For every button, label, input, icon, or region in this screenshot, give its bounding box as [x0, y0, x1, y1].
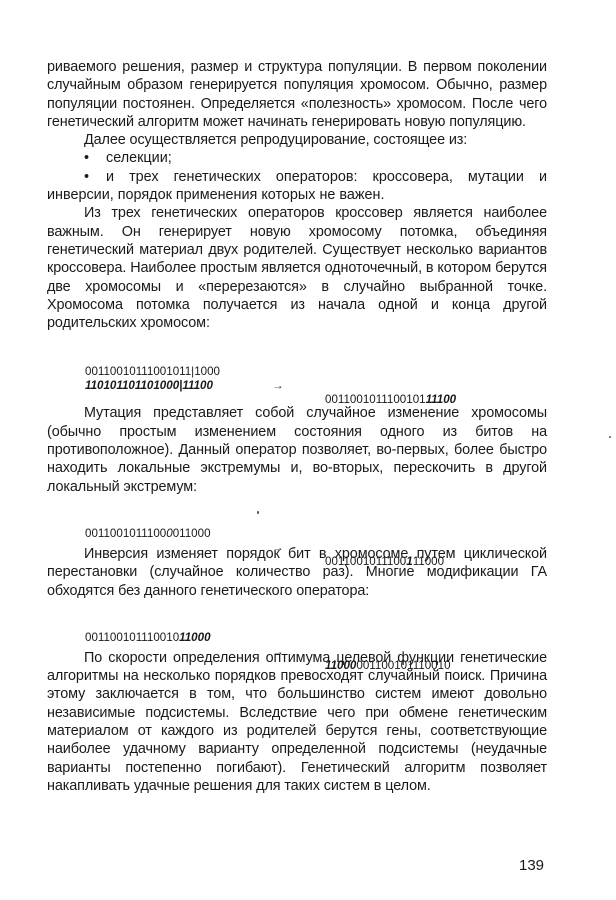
- list-item-operators: •и трех генетических операторов: кроссов…: [47, 168, 547, 205]
- arrow-icon: →: [272, 541, 284, 555]
- arrow-icon: →: [272, 645, 284, 659]
- arrow-icon: →: [272, 379, 284, 393]
- parent-chromosome-2: 110101101101000|11100: [85, 379, 213, 393]
- paragraph-conclusion: По скорости определения оптимума целевой…: [47, 649, 547, 795]
- paragraph-crossover: Из трех генетических операторов кроссове…: [47, 204, 547, 332]
- paragraph-mutation: Мутация представляет собой случайное изм…: [47, 404, 547, 495]
- crossover-example-row-2: 110101101101000|11100: [47, 365, 547, 379]
- chromosome-after-mutation: 0011001011100111000: [325, 555, 444, 569]
- scan-speck: [257, 511, 259, 514]
- bullet-icon: •: [84, 168, 106, 186]
- list-item-selection: •селекции;: [47, 149, 547, 167]
- bullet-icon: •: [84, 149, 106, 167]
- mutation-example: 00110010111000011000 → 00110010111001110…: [47, 513, 547, 527]
- paragraph-population: риваемого решения, размер и структура по…: [47, 58, 547, 131]
- child-chromosome: 001100101110010111100: [325, 393, 456, 407]
- scan-speck: [609, 436, 611, 438]
- crossover-example-row-1: 00110010111001011|1000 → 001100101110010…: [47, 351, 547, 365]
- chromosome-before-mutation: 00110010111000011000: [85, 527, 211, 541]
- chromosome-after-inversion: 11000001100101110010: [325, 659, 451, 673]
- inversion-example: 00110010111001011000 → 11000001100101110…: [47, 617, 547, 631]
- book-page: риваемого решения, размер и структура по…: [47, 58, 547, 795]
- page-number: 139: [519, 857, 544, 874]
- chromosome-before-inversion: 00110010111001011000: [85, 631, 211, 645]
- paragraph-reproduction-intro: Далее осуществляется репродуцирование, с…: [47, 131, 547, 149]
- paragraph-inversion: Инверсия изменяет порядок бит в хромосом…: [47, 545, 547, 600]
